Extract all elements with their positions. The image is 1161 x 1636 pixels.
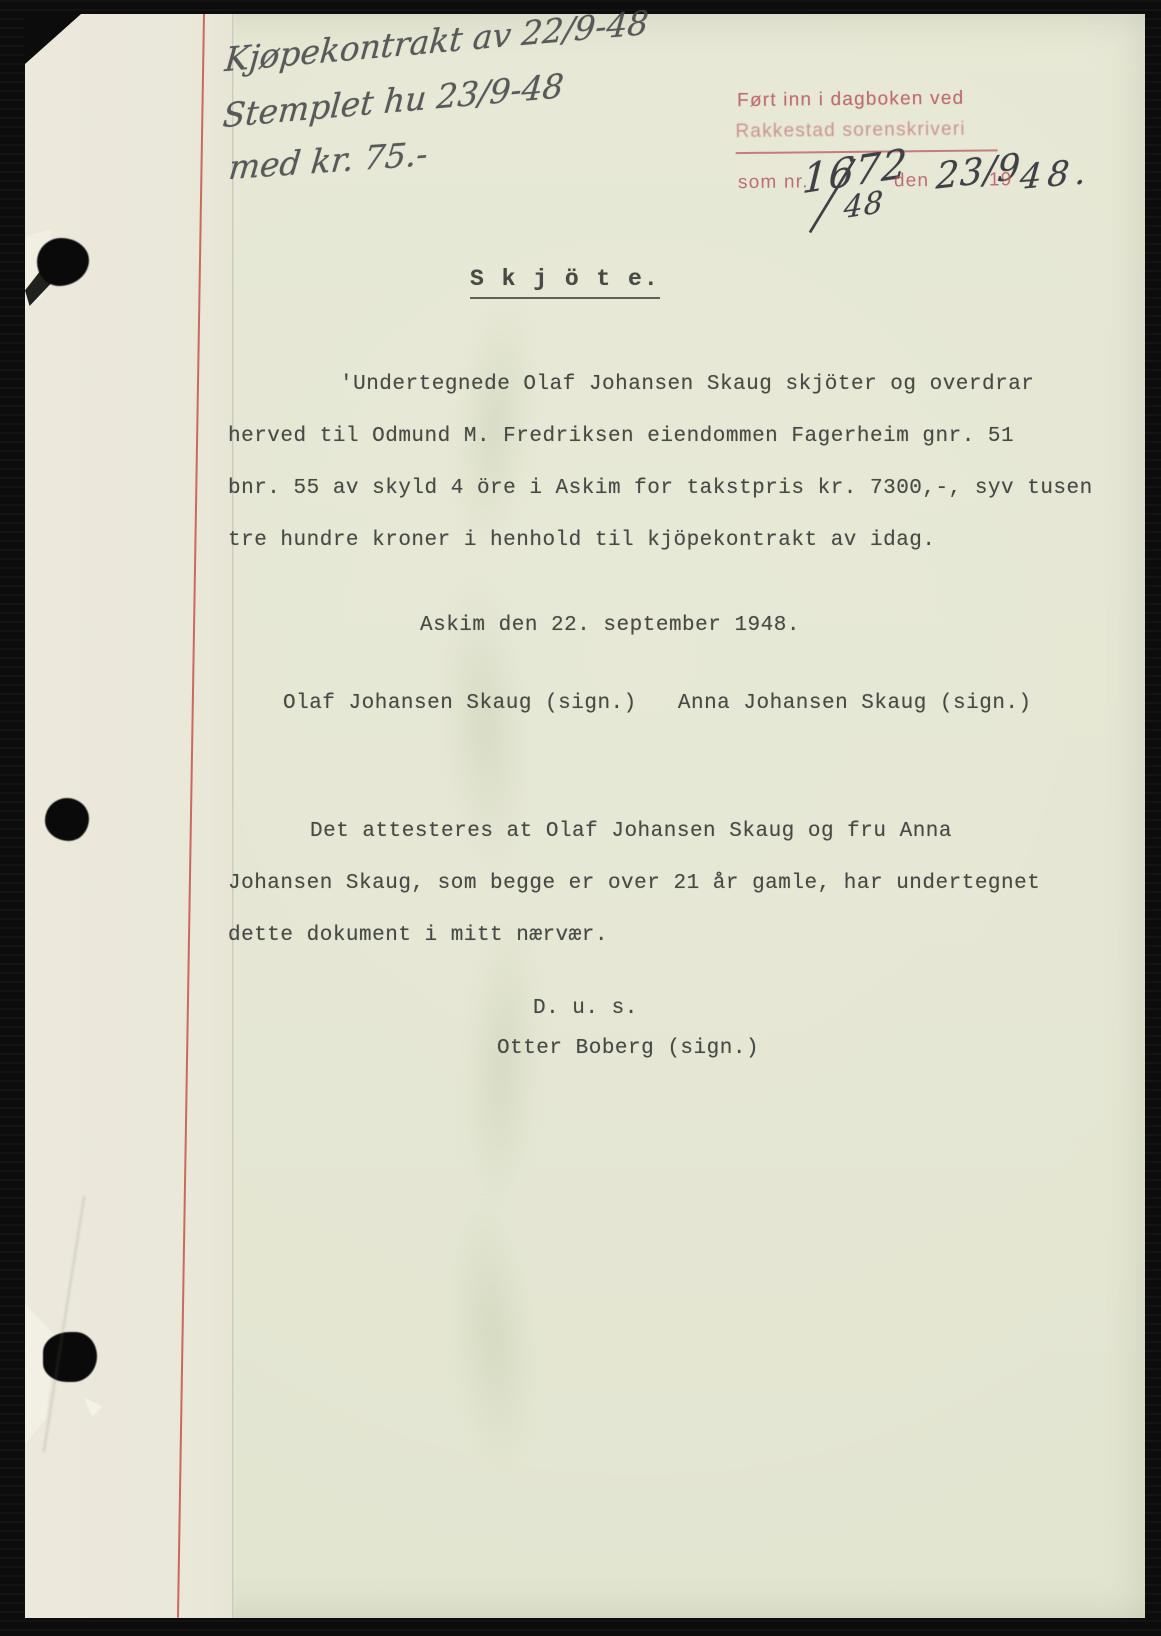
stamp-text: Ført inn i dagboken ved bbox=[737, 88, 964, 112]
body-line: bnr. 55 av skyld 4 öre i Askim for takst… bbox=[228, 463, 1093, 515]
body-line: dette dokument i mitt nærvær. bbox=[228, 910, 1040, 962]
entry-number-denominator: 48 bbox=[843, 185, 885, 227]
body-line: herved til Odmund M. Fredriksen eiendomm… bbox=[228, 411, 1093, 463]
body-line: tre hundre kroner i henhold til kjöpekon… bbox=[228, 515, 1093, 567]
place-date-line: Askim den 22. september 1948. bbox=[420, 614, 800, 637]
document-page: Kjøpekontrakt av 22/9-48 Stemplet hu 23/… bbox=[25, 14, 1145, 1618]
stamp-year-prefix: 19 bbox=[989, 169, 1013, 191]
stamp-date-label: den bbox=[894, 170, 930, 192]
handwritten-line: Stemplet hu 23/9-48 bbox=[221, 66, 565, 135]
document-title: S k j ö t e. bbox=[470, 266, 660, 299]
attestor-signature: Otter Boberg (sign.) bbox=[497, 1037, 759, 1060]
signature-seller: Olaf Johansen Skaug (sign.) bbox=[283, 692, 637, 715]
stamp-office-name: Rakkestad sorenskriveri bbox=[735, 119, 966, 143]
ink-bleedthrough bbox=[438, 1191, 547, 1477]
body-line: 'Undertegnede Olaf Johansen Skaug skjöte… bbox=[228, 359, 1093, 411]
handwritten-line: med kr. 75.- bbox=[227, 134, 430, 187]
signature-line: Olaf Johansen Skaug (sign.) Anna Johanse… bbox=[283, 692, 1032, 715]
punch-hole-middle bbox=[45, 798, 89, 841]
handwritten-entry-year: 48. bbox=[1018, 152, 1094, 198]
attestation-paragraph: Det attesteres at Olaf Johansen Skaug og… bbox=[228, 806, 1040, 962]
signature-seller-spouse: Anna Johansen Skaug (sign.) bbox=[678, 692, 1032, 715]
body-line: Johansen Skaug, som begge er over 21 år … bbox=[228, 858, 1040, 910]
stamp-entry-row: som nr. 1672 48 den 23/9 19 48. bbox=[736, 156, 1137, 240]
journal-entry-stamp: Ført inn i dagboken ved Rakkestad sorens… bbox=[735, 86, 1135, 90]
body-line: Det attesteres at Olaf Johansen Skaug og… bbox=[228, 806, 1040, 858]
scan-background: Kjøpekontrakt av 22/9-48 Stemplet hu 23/… bbox=[0, 0, 1161, 1636]
punch-hole-bottom bbox=[43, 1332, 97, 1382]
deed-paragraph: 'Undertegnede Olaf Johansen Skaug skjöte… bbox=[228, 359, 1093, 567]
dus-abbreviation: D. u. s. bbox=[533, 997, 638, 1020]
handwritten-line: Kjøpekontrakt av 22/9-48 bbox=[223, 3, 650, 79]
stamp-number-label: som nr. bbox=[738, 171, 809, 194]
